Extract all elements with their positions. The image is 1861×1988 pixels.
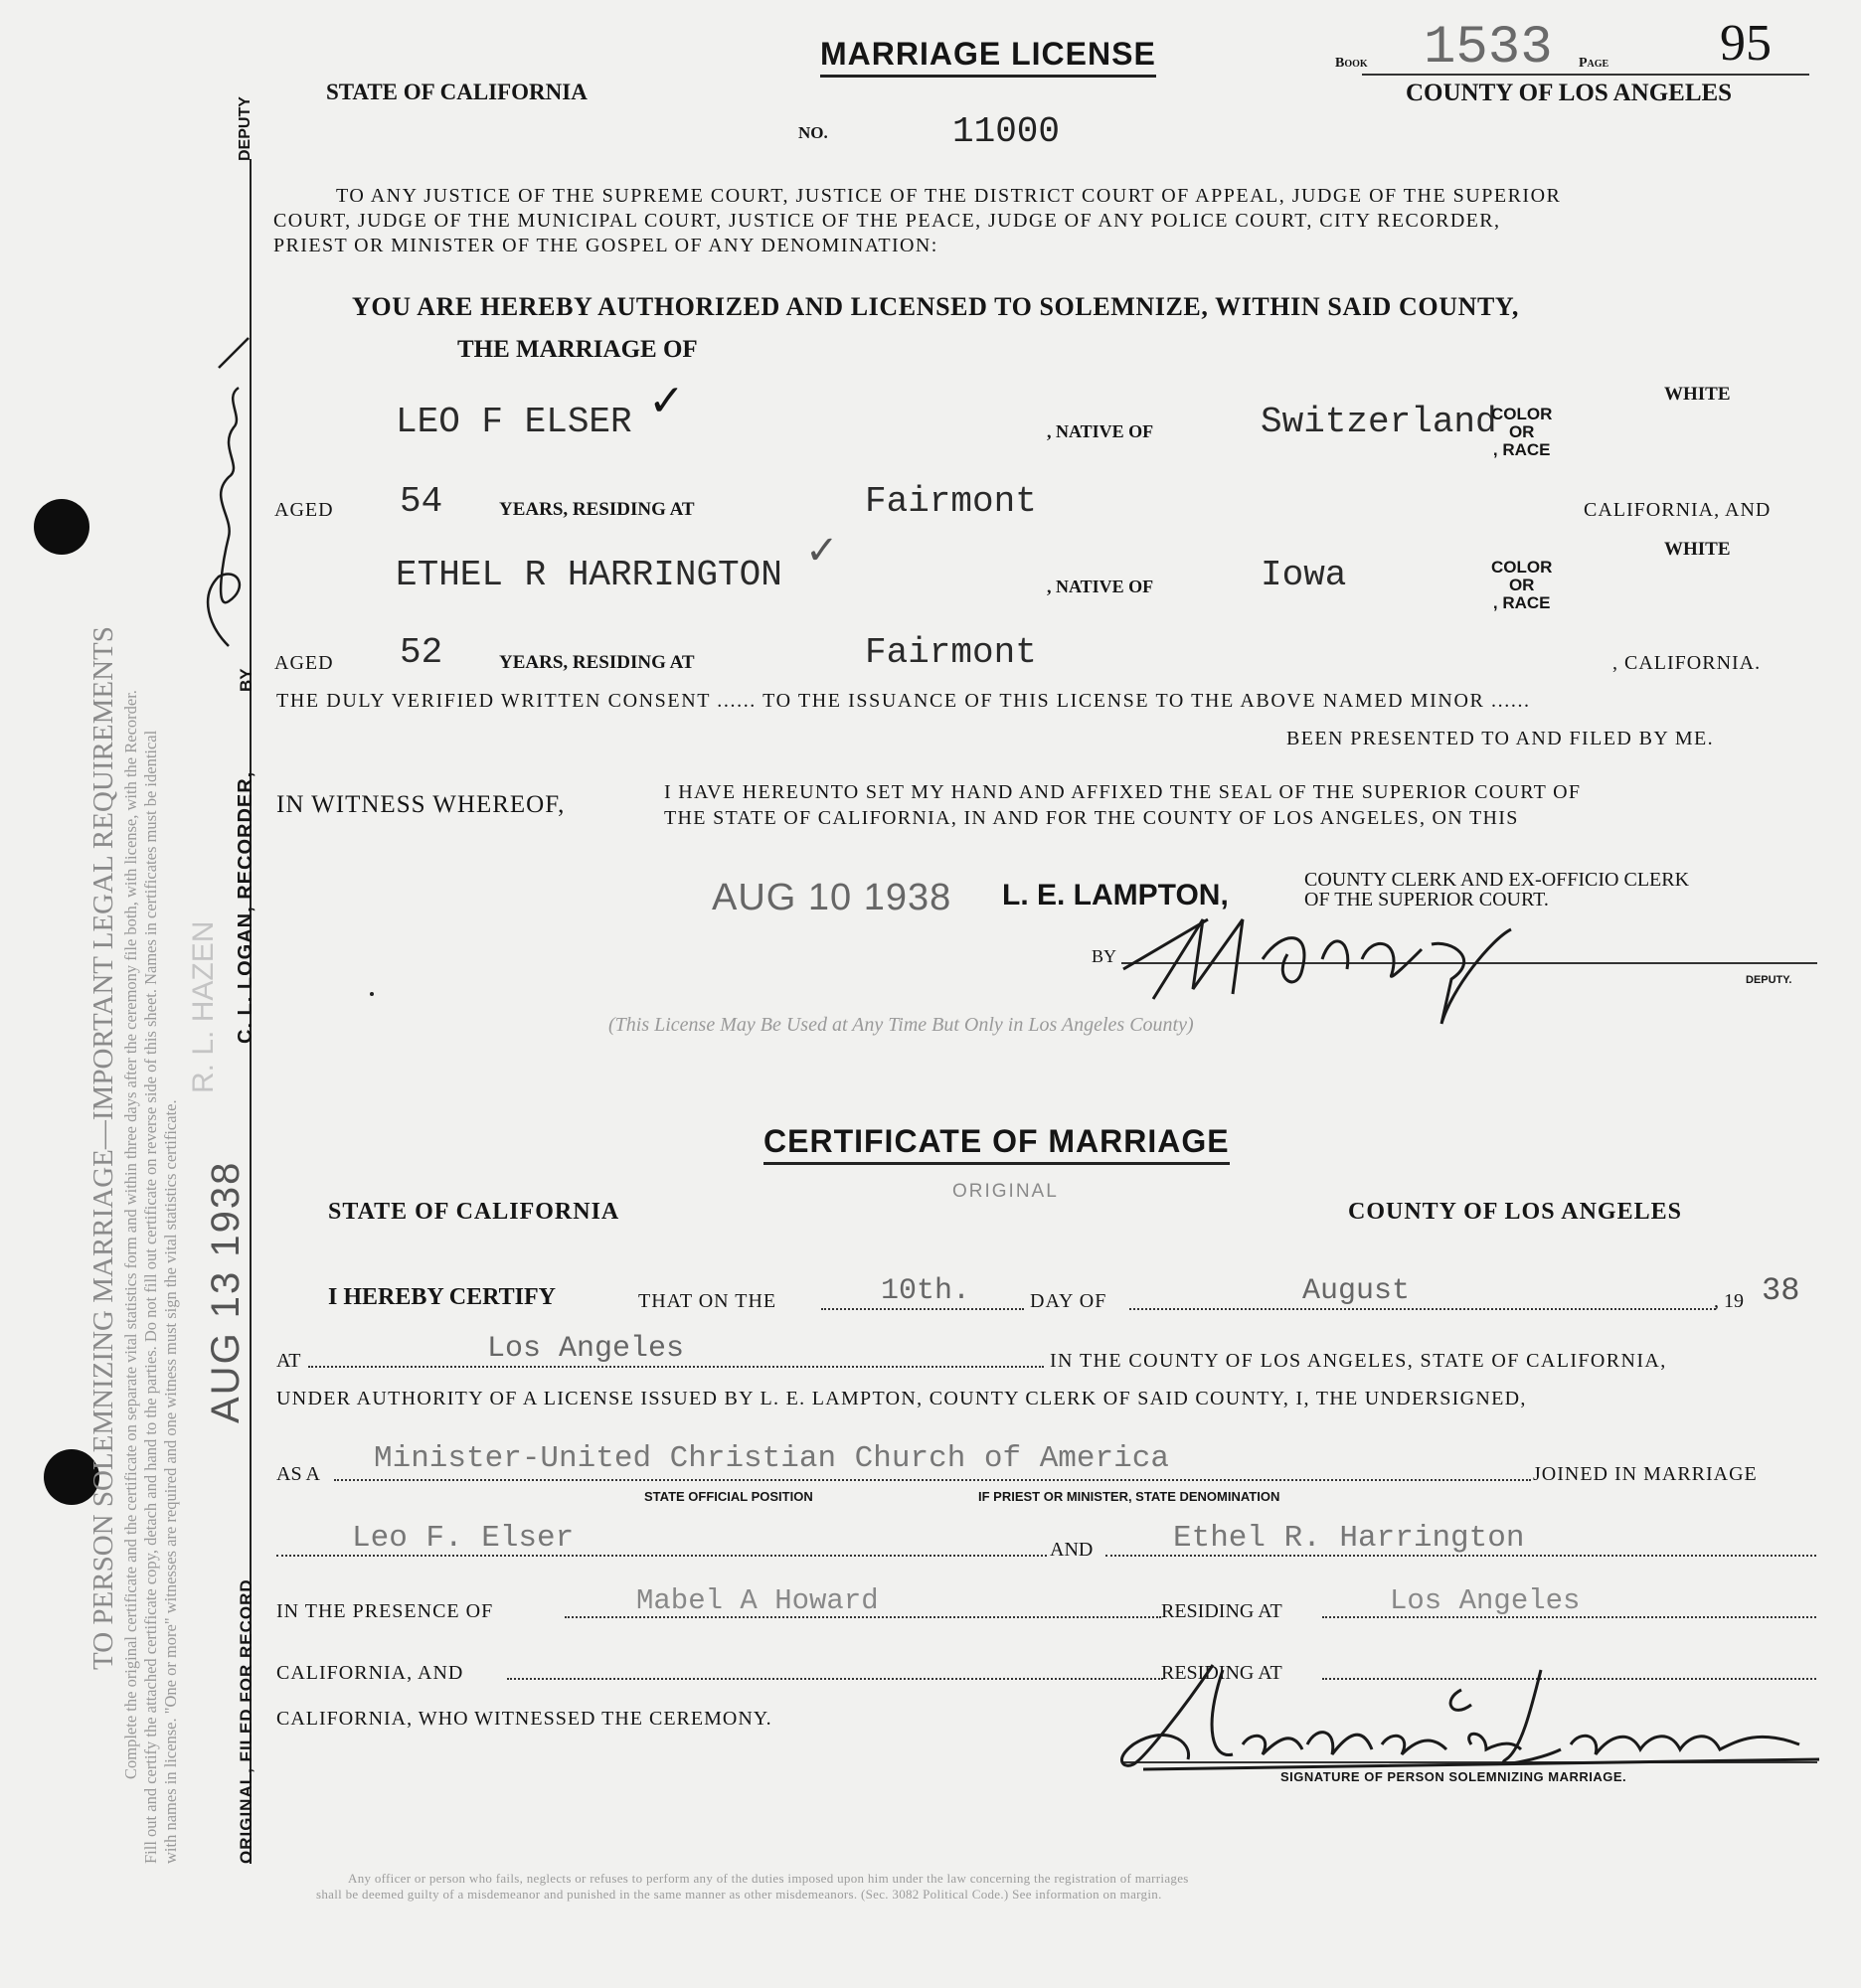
officiant-signature <box>1103 1650 1839 1789</box>
deputy-signature <box>1113 900 1591 1029</box>
margin-instructions-title: TO PERSON SOLEMNIZING MARRIAGE—IMPORTANT… <box>87 626 120 1670</box>
position-hint-1: STATE OFFICIAL POSITION <box>644 1489 813 1504</box>
consent-line: THE DULY VERIFIED WRITTEN CONSENT ......… <box>276 690 1531 713</box>
position-hint-2: IF PRIEST OR MINISTER, STATE DENOMINATIO… <box>978 1489 1279 1504</box>
page-label: Page <box>1579 56 1608 72</box>
aged-label: AGED <box>274 499 334 522</box>
years-residing-label: YEARS, RESIDING AT <box>499 652 695 674</box>
witness-1-residence: Los Angeles <box>1390 1584 1580 1617</box>
bride-name: ETHEL R HARRINGTON <box>396 555 782 595</box>
california-and-label: CALIFORNIA, AND <box>1584 499 1771 522</box>
groom-name: LEO F ELSER <box>396 402 632 442</box>
margin-deputy-label: DEPUTY <box>237 96 254 161</box>
groom-race: WHITE <box>1664 384 1731 406</box>
bride-native-of: Iowa <box>1261 555 1346 595</box>
footer-line-2: shall be deemed guilty of a misdemeanor … <box>316 1887 1162 1903</box>
punch-hole-top <box>34 499 89 555</box>
usage-note: (This License May Be Used at Any Time Bu… <box>608 1014 1194 1037</box>
signature-label: SIGNATURE OF PERSON SOLEMNIZING MARRIAGE… <box>1280 1769 1626 1784</box>
joined-label: JOINED IN MARRIAGE <box>1533 1463 1758 1486</box>
filed-date-stamp: AUG 13 1938 <box>204 1161 249 1423</box>
certificate-state: STATE OF CALIFORNIA <box>328 1199 619 1226</box>
bride-age: 52 <box>400 632 442 673</box>
book-label: Book <box>1335 56 1368 72</box>
color-label: COLOR OR , RACE <box>1491 559 1552 612</box>
groom-age: 54 <box>400 481 442 522</box>
california-and-label: CALIFORNIA, AND <box>276 1662 463 1685</box>
margin-instructions-line3: with names in license. "One or more" wit… <box>161 1099 181 1864</box>
stray-mark <box>370 992 374 996</box>
bride-race: WHITE <box>1664 539 1731 561</box>
license-no-label: NO. <box>798 123 828 143</box>
margin-by-label: BY <box>237 668 256 692</box>
year-prefix: , 19 <box>1714 1290 1744 1313</box>
that-on-the-label: THAT ON THE <box>638 1290 776 1313</box>
license-title: MARRIAGE LICENSE <box>820 36 1156 78</box>
at-label: AT <box>276 1350 300 1373</box>
address-line-1: TO ANY JUSTICE OF THE SUPREME COURT, JUS… <box>336 185 1561 208</box>
aged-label: AGED <box>274 652 334 675</box>
groom-residence: Fairmont <box>865 481 1037 522</box>
filed-for-record-label: ORIGINAL, FILED FOR RECORD <box>237 1578 256 1864</box>
check-mark-icon: ✓ <box>648 376 685 426</box>
authorized-line: YOU ARE HEREBY AUTHORIZED AND LICENSED T… <box>352 292 1519 322</box>
place-line <box>308 1366 1044 1368</box>
and-label: AND <box>1050 1539 1093 1562</box>
position-line <box>334 1479 1531 1481</box>
native-of-label: , NATIVE OF <box>1047 421 1153 442</box>
recorder-deputy-signature <box>189 328 258 656</box>
license-deputy-label: DEPUTY. <box>1746 974 1791 986</box>
license-number: 11000 <box>952 111 1060 152</box>
officiant-position: Minister-United Christian Church of Amer… <box>374 1441 1169 1476</box>
month-line <box>1129 1308 1716 1310</box>
issue-date-stamp: AUG 10 1938 <box>712 877 951 919</box>
witness-text-1: I HAVE HEREUNTO SET MY HAND AND AFFIXED … <box>664 781 1581 804</box>
marriage-month: August <box>1302 1274 1410 1308</box>
book-page-line <box>1362 74 1809 76</box>
margin-instructions-line2: Fill out and certify the attached certif… <box>141 731 161 1864</box>
marriage-place: Los Angeles <box>487 1332 684 1366</box>
address-line-3: PRIEST OR MINISTER OF THE GOSPEL OF ANY … <box>273 235 938 257</box>
marriage-day: 10th. <box>881 1274 970 1308</box>
faint-name-stamp: R. L. HAZEN <box>187 921 221 1093</box>
page-number: 95 <box>1720 14 1772 73</box>
residing-label: RESIDING AT <box>1161 1600 1282 1623</box>
party-1-name: Leo F. Elser <box>352 1521 574 1556</box>
certify-label: I HEREBY CERTIFY <box>328 1284 556 1311</box>
california-end-label: , CALIFORNIA. <box>1612 652 1761 675</box>
bride-residence: Fairmont <box>865 632 1037 673</box>
license-county: COUNTY OF LOS ANGELES <box>1406 80 1732 107</box>
county-state-line: IN THE COUNTY OF LOS ANGELES, STATE OF C… <box>1050 1350 1667 1373</box>
years-residing-label: YEARS, RESIDING AT <box>499 499 695 521</box>
recorder-name: C. L. LOGAN, RECORDER, <box>235 771 257 1044</box>
day-line <box>821 1308 1024 1310</box>
witness-1-name: Mabel A Howard <box>636 1584 879 1617</box>
check-mark-icon: ✓ <box>805 527 839 574</box>
marriage-year: 38 <box>1762 1272 1799 1309</box>
certificate-county: COUNTY OF LOS ANGELES <box>1348 1199 1682 1226</box>
license-state: STATE OF CALIFORNIA <box>326 80 588 105</box>
party-2-name: Ethel R. Harrington <box>1173 1521 1524 1556</box>
authority-line: UNDER AUTHORITY OF A LICENSE ISSUED BY L… <box>276 1388 1527 1410</box>
groom-native-of: Switzerland <box>1261 402 1497 442</box>
original-stamp: ORIGINAL <box>952 1181 1059 1203</box>
witness-whereof-label: IN WITNESS WHEREOF, <box>276 791 565 819</box>
certificate-title: CERTIFICATE OF MARRIAGE <box>763 1123 1230 1165</box>
witness2-line <box>507 1678 1163 1680</box>
address-line-2: COURT, JUDGE OF THE MUNICIPAL COURT, JUS… <box>273 210 1500 233</box>
native-of-label: , NATIVE OF <box>1047 577 1153 597</box>
as-a-label: AS A <box>276 1463 320 1486</box>
footer-line-1: Any officer or person who fails, neglect… <box>348 1871 1189 1887</box>
witnessed-line: CALIFORNIA, WHO WITNESSED THE CEREMONY. <box>276 1708 772 1731</box>
day-of-label: DAY OF <box>1030 1290 1106 1313</box>
marriage-of-label: THE MARRIAGE OF <box>457 336 698 364</box>
color-label: COLOR OR , RACE <box>1491 406 1552 459</box>
book-number: 1533 <box>1424 18 1553 79</box>
presence-label: IN THE PRESENCE OF <box>276 1600 493 1623</box>
margin-instructions-line1: Complete the original certificate and th… <box>121 690 141 1779</box>
witness-text-2: THE STATE OF CALIFORNIA, IN AND FOR THE … <box>664 807 1519 830</box>
presented-line: BEEN PRESENTED TO AND FILED BY ME. <box>1286 728 1714 750</box>
